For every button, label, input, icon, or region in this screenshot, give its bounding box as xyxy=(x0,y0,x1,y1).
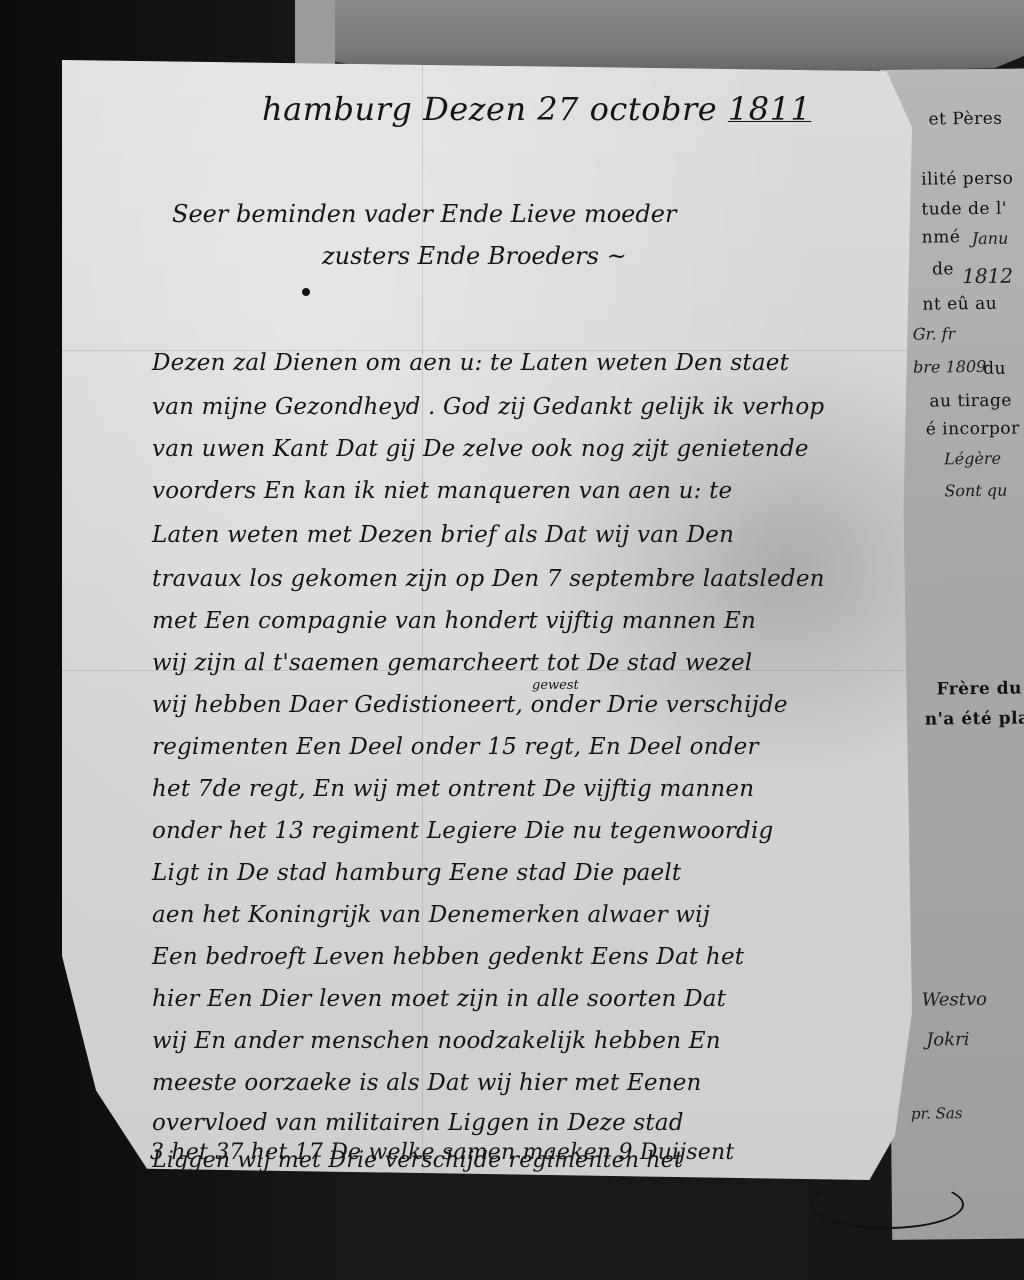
body-line: Laten weten met Dezen brief als Dat wij … xyxy=(152,522,734,548)
body-line: van uwen Kant Dat gij De zelve ook nog z… xyxy=(152,436,809,462)
body-line: meeste oorzaeke is als Dat wij hier met … xyxy=(152,1070,702,1096)
form-text: Frère du xyxy=(936,679,1022,700)
body-line: overvloed van militairen Liggen in Deze … xyxy=(152,1110,684,1136)
form-text: du xyxy=(983,359,1006,379)
form-handwritten-fill: Jokri xyxy=(926,1029,970,1050)
form-handwritten-fill: Westvo xyxy=(922,989,987,1011)
form-text: nmé xyxy=(922,227,961,247)
body-line: van mijne Gezondheyd . God zij Gedankt g… xyxy=(152,394,824,420)
form-text: é incorpor xyxy=(926,419,1020,440)
form-text: et Pères xyxy=(928,109,1002,130)
form-text: ilité perso xyxy=(921,169,1013,190)
heading-year: 1811 xyxy=(728,90,811,128)
form-text: nt eû au xyxy=(922,294,997,315)
form-handwritten-fill: Sont qu xyxy=(944,481,1007,501)
ink-blot xyxy=(302,288,310,296)
body-line: met Een compagnie van hondert vijftig ma… xyxy=(152,608,756,634)
body-line: het 7de regt, En wij met ontrent De vijf… xyxy=(152,776,754,802)
body-line-last: 3 het 37 het 17 De welke samen maeken 9 … xyxy=(150,1140,734,1165)
body-line: voorders En kan ik niet manqueren van ae… xyxy=(152,478,732,504)
form-handwritten-fill: pr. Sas xyxy=(911,1104,963,1123)
body-line: travaux los gekomen zijn op Den 7 septem… xyxy=(152,566,825,592)
scanned-document: et Pères ilité perso tude de l' nmé Janu… xyxy=(0,0,1024,1280)
body-line: wij zijn al t'saemen gemarcheert tot De … xyxy=(152,650,752,676)
body-line: Dezen zal Dienen om aen u: te Laten wete… xyxy=(152,350,789,376)
body-line: wij En ander menschen noodzakelijk hebbe… xyxy=(152,1028,721,1054)
heading-date: Dezen 27 octobre xyxy=(423,90,717,128)
heading-place: hamburg xyxy=(262,90,412,128)
form-handwritten-fill: Janu xyxy=(972,229,1009,248)
body-line: Een bedroeft Leven hebben gedenkt Eens D… xyxy=(152,944,744,970)
body-line: regimenten Een Deel onder 15 regt, En De… xyxy=(152,734,759,760)
form-handwritten-fill: bre 1809 xyxy=(913,357,986,377)
letter-heading: hamburg Dezen 27 octobre 1811 xyxy=(262,90,811,128)
salutation-line-2: zusters Ende Broeders ~ xyxy=(322,242,627,270)
flourish-mark xyxy=(810,1180,964,1229)
form-handwritten-fill: Légère xyxy=(944,449,1001,469)
salutation-line-1: Seer beminden vader Ende Lieve moeder xyxy=(172,200,676,228)
background-sheet-edge xyxy=(295,0,335,70)
letter-page: hamburg Dezen 27 octobre 1811 Seer bemin… xyxy=(62,60,912,1180)
form-text: tude de l' xyxy=(921,199,1007,220)
body-line: onder het 13 regiment Legiere Die nu teg… xyxy=(152,818,773,844)
body-line: Ligt in De stad hamburg Eene stad Die pa… xyxy=(152,860,681,886)
form-handwritten-fill: 1812 xyxy=(962,264,1013,289)
form-text: n'a été pla xyxy=(925,708,1024,729)
form-text: de xyxy=(932,259,954,279)
body-line: hier Een Dier leven moet zijn in alle so… xyxy=(152,986,726,1012)
body-line: wij hebben Daer Gedistioneert, onder Dri… xyxy=(152,692,788,718)
form-handwritten-fill: Gr. fr xyxy=(913,324,956,343)
body-line: aen het Koningrijk van Denemerken alwaer… xyxy=(152,902,710,928)
interlinear-note: gewest xyxy=(532,678,579,693)
form-text: au tirage xyxy=(929,391,1012,412)
